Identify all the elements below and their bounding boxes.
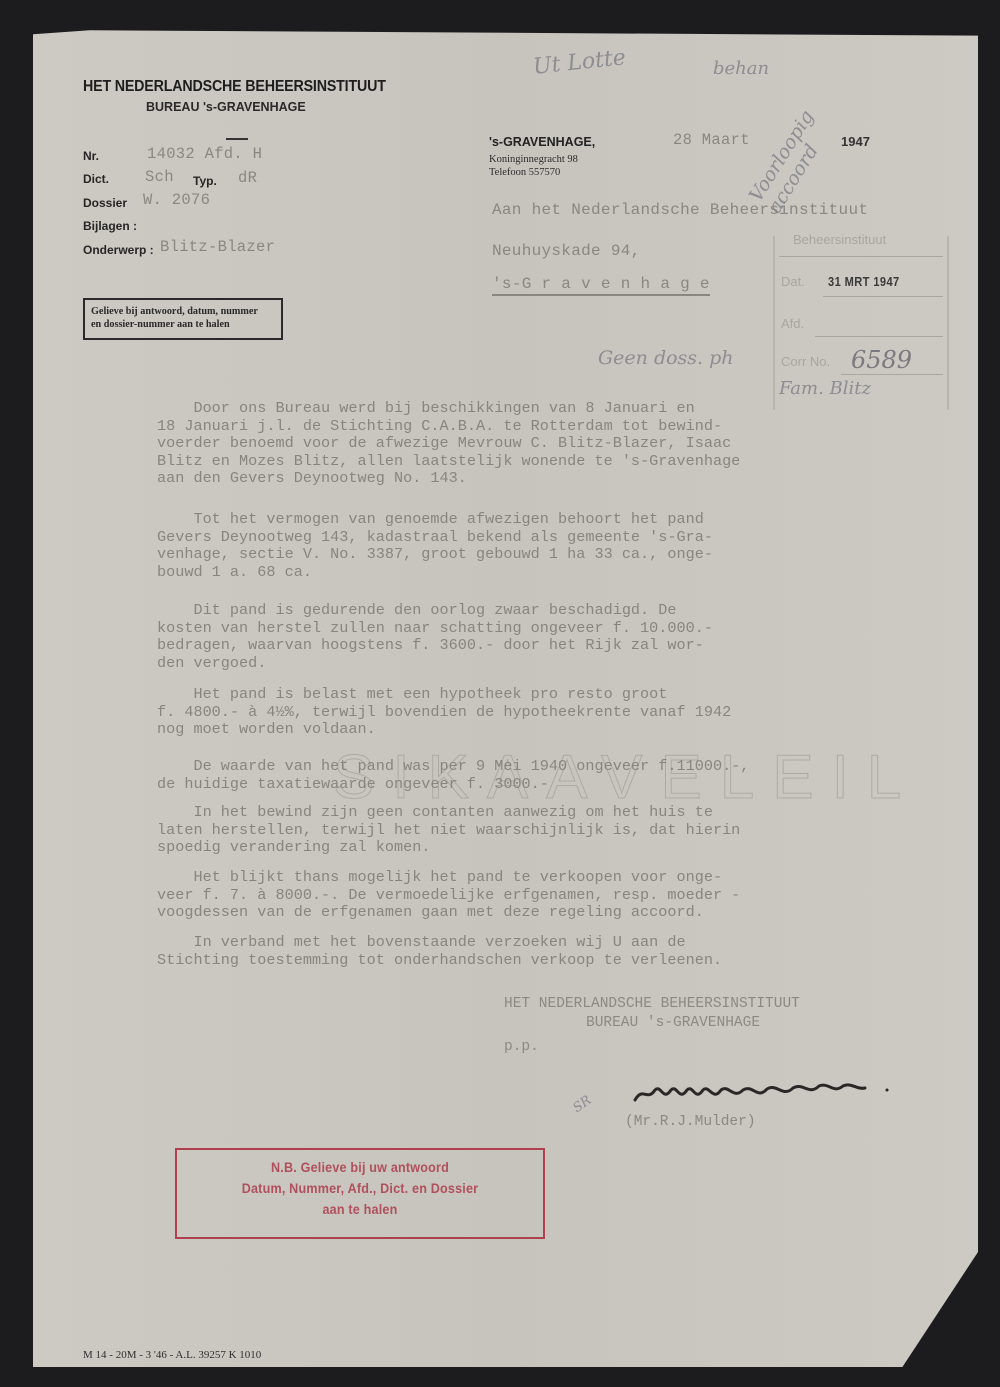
letter-page: SIKAAVELEIL HET NEDERLANDSCHE BEHEERSINS… (33, 14, 978, 1367)
reply-notice-box: Gelieve bij antwoord, datum, nummer en d… (83, 298, 283, 340)
dict-label: Dict. (83, 172, 109, 186)
stamp-afd-label: Afd. (781, 316, 804, 331)
nr-value: 14032 Afd. H (147, 145, 262, 163)
handwritten-initials: SR (570, 1093, 594, 1116)
closing-org: HET NEDERLANDSCHE BEHEERSINSTITUUT (504, 996, 800, 1012)
stamp-date-label: Dat. (781, 274, 805, 289)
handwritten-family-name: Fam. Blitz (779, 378, 871, 399)
stamp-date-value: 31 MRT 1947 (828, 274, 900, 289)
signatory-name: (Mr.R.J.Mulder) (625, 1114, 756, 1130)
handwritten-note-top-left: Ut Lotte (532, 45, 627, 80)
received-stamp: Beheersinstituut Dat. 31 MRT 1947 Afd. C… (773, 236, 949, 410)
sender-phone: Telefoon 557570 (489, 167, 560, 178)
body-paragraph-3: Dit pand is gedurende den oorlog zwaar b… (157, 602, 957, 672)
date-day-month: 28 Maart (673, 131, 750, 149)
print-code-footer: M 14 - 20M - 3 '46 - A.L. 39257 K 1010 (83, 1349, 261, 1361)
red-reply-stamp: N.B. Gelieve bij uw antwoord Datum, Numm… (175, 1148, 545, 1239)
body-paragraph-8: In verband met het bovenstaande verzoeke… (157, 934, 957, 969)
letterhead-divider (226, 138, 248, 140)
onderwerp-label: Onderwerp : (83, 243, 154, 257)
red-stamp-line3: aan te halen (195, 1199, 524, 1220)
dict-value: Sch (145, 168, 174, 186)
recipient-line2: Neuhuyskade 94, (492, 242, 641, 260)
sender-city: 's-GRAVENHAGE, (489, 135, 595, 149)
letterhead-title: HET NEDERLANDSCHE BEHEERSINSTITUUT (83, 78, 386, 96)
typ-value: dR (238, 169, 257, 187)
recipient-line1: Aan het Nederlandsche Beheersinstituut (492, 201, 868, 219)
body-paragraph-2: Tot het vermogen van genoemde afwezigen … (157, 511, 957, 581)
date-year: 1947 (841, 134, 870, 149)
nr-label: Nr. (83, 149, 99, 163)
body-paragraph-4: Het pand is belast met een hypotheek pro… (157, 686, 957, 739)
red-stamp-line1: N.B. Gelieve bij uw antwoord (195, 1157, 524, 1178)
handwritten-note-top-middle: behan (713, 58, 769, 79)
closing-bureau: BUREAU 's-GRAVENHAGE (586, 1015, 760, 1031)
handwritten-note-no-dossier: Geen doss. ph (598, 347, 734, 369)
dossier-label: Dossier (83, 196, 127, 210)
reply-notice-line2: en dossier-nummer aan te halen (85, 318, 281, 331)
dossier-value: W. 2076 (143, 191, 210, 209)
body-paragraph-5: De waarde van het pand was per 9 Mei 194… (157, 758, 957, 793)
recipient-line3: 's-G r a v e n h a g e (492, 275, 710, 296)
typ-label: Typ. (193, 174, 217, 188)
closing-pp: p.p. (504, 1039, 539, 1055)
bijlagen-label: Bijlagen : (83, 219, 137, 233)
sender-street: Koninginnegracht 98 (489, 154, 578, 165)
stamp-corr-label: Corr No. (781, 354, 830, 369)
handwritten-approval: Voorloopig accoord (745, 92, 846, 217)
reply-notice-line1: Gelieve bij antwoord, datum, nummer (85, 300, 281, 318)
letterhead-subtitle: BUREAU 's-GRAVENHAGE (146, 100, 306, 114)
body-paragraph-6: In het bewind zijn geen contanten aanwez… (157, 804, 957, 857)
signature (633, 1080, 893, 1106)
body-paragraph-1: Door ons Bureau werd bij beschikkingen v… (157, 400, 957, 488)
stamp-header: Beheersinstituut (793, 232, 886, 247)
stamp-corr-value: 6589 (851, 346, 912, 374)
red-stamp-line2: Datum, Nummer, Afd., Dict. en Dossier (195, 1178, 524, 1199)
onderwerp-value: Blitz-Blazer (160, 238, 275, 256)
body-paragraph-7: Het blijkt thans mogelijk het pand te ve… (157, 869, 957, 922)
